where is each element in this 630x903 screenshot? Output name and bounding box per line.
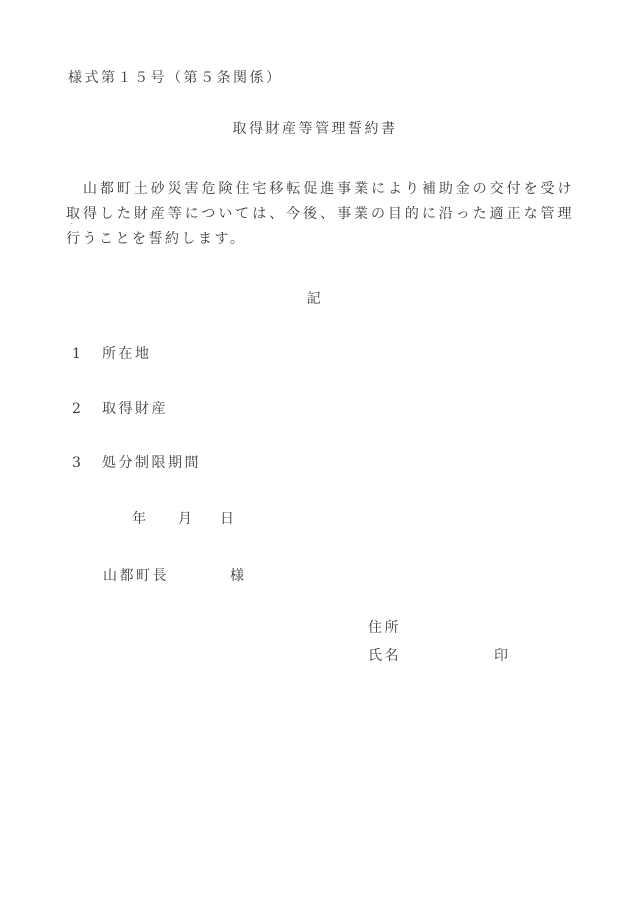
- year-label: 年: [132, 511, 149, 528]
- list-item: 1 所在地: [0, 346, 630, 364]
- seal-label: 印: [494, 648, 511, 665]
- document-page: 様式第１５号（第５条関係） 取得財産等管理誓約書 山都町土砂災害危険住宅移転促進…: [0, 0, 630, 903]
- form-number: 様式第１５号（第５条関係）: [68, 70, 283, 87]
- recipient-line: 山都町長 様: [0, 568, 630, 586]
- body-line-3: 行うことを誓約します。: [66, 231, 574, 248]
- recipient-honorific: 様: [230, 568, 247, 585]
- item-2-number: 2: [72, 401, 83, 418]
- list-item: 2 取得財産: [0, 401, 630, 419]
- name-seal-line: 氏名 印: [0, 648, 630, 666]
- item-3-number: 3: [72, 455, 83, 472]
- document-title: 取得財産等管理誓約書: [0, 121, 630, 138]
- recipient-name: 山都町長: [103, 568, 169, 585]
- item-1-number: 1: [72, 346, 83, 363]
- list-item: 3 処分制限期間: [0, 455, 630, 473]
- address-label: 住所: [368, 620, 401, 637]
- body-line-2: 取得した財産等については、今後、事業の目的に沿った適正な管理を: [66, 206, 574, 224]
- body-line-1: 山都町土砂災害危険住宅移転促進事業により補助金の交付を受けて: [66, 181, 574, 199]
- item-3-label: 処分制限期間: [102, 455, 201, 472]
- month-label: 月: [178, 511, 195, 528]
- item-2-label: 取得財産: [102, 401, 168, 418]
- item-1-label: 所在地: [102, 346, 152, 363]
- day-label: 日: [220, 511, 237, 528]
- date-line: 年 月 日: [0, 511, 630, 529]
- address-line: 住所: [0, 620, 630, 638]
- name-label: 氏名: [368, 648, 401, 665]
- ki-marker: 記: [0, 291, 630, 308]
